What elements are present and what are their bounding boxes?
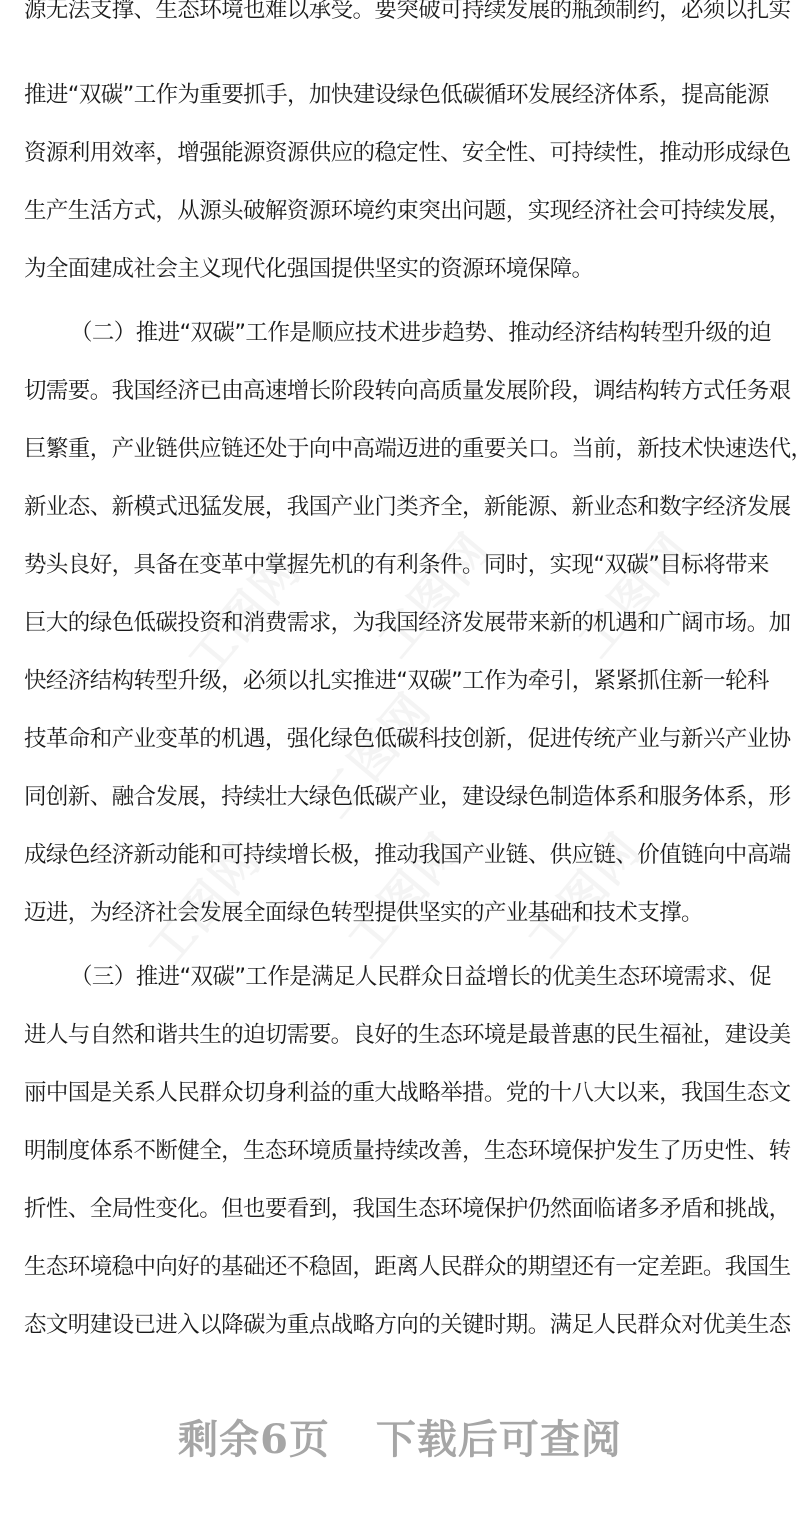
text-line: 迈进，为经济社会发展全面绿色转型提供坚实的产业基础和技术支撑。 bbox=[24, 898, 784, 928]
text-line: 快经济结构转型升级，必须以扎实推进“双碳”工作为牵引，紧紧抓住新一轮科 bbox=[24, 666, 784, 696]
remaining-pages-label: 剩余6页 bbox=[178, 1416, 330, 1463]
text-line: 巨繁重，产业链供应链还处于向中高端迈进的重要关口。当前，新技术快速迭代， bbox=[24, 434, 784, 464]
text-line: 丽中国是关系人民群众切身利益的重大战略举措。党的十八大以来，我国生态文 bbox=[24, 1078, 784, 1108]
text-line: 生产生活方式，从源头破解资源环境约束突出问题，实现经济社会可持续发展， bbox=[24, 196, 784, 226]
text-line: 为全面建成社会主义现代化强国提供坚实的资源环境保障。 bbox=[24, 254, 784, 284]
text-line: 势头良好，具备在变革中掌握先机的有利条件。同时，实现“双碳”目标将带来 bbox=[24, 550, 784, 580]
text-line: 新业态、新模式迅猛发展，我国产业门类齐全，新能源、新业态和数字经济发展 bbox=[24, 492, 784, 522]
text-line: 资源利用效率，增强能源资源供应的稳定性、安全性、可持续性，推动形成绿色 bbox=[24, 138, 784, 168]
text-line: 巨大的绿色低碳投资和消费需求，为我国经济发展带来新的机遇和广阔市场。加 bbox=[24, 608, 784, 638]
text-line: 成绿色经济新动能和可持续增长极，推动我国产业链、供应链、价值链向中高端 bbox=[24, 840, 784, 870]
text-line: 源无法支撑、生态环境也难以承受。要突破可持续发展的瓶颈制约，必须以扎实 bbox=[24, 0, 784, 25]
download-prompt-banner[interactable]: 剩余6页下载后可查阅 bbox=[0, 1408, 800, 1465]
document-page: 工图网 工图网 工图网 工图网 工图网 工图网 工图网 源无法支撑、生态环境也难… bbox=[0, 0, 800, 1515]
text-line: 同创新、融合发展，持续壮大绿色低碳产业，建设绿色制造体系和服务体系，形 bbox=[24, 782, 784, 812]
text-line: 技革命和产业变革的机遇，强化绿色低碳科技创新，促进传统产业与新兴产业协 bbox=[24, 724, 784, 754]
watermark: 工图网 bbox=[560, 517, 703, 670]
text-line: 推进“双碳”工作为重要抓手，加快建设绿色低碳循环发展经济体系，提高能源 bbox=[24, 80, 784, 110]
text-line: 切需要。我国经济已由高速增长阶段转向高质量发展阶段，调结构转方式任务艰 bbox=[24, 376, 784, 406]
download-to-view-label: 下载后可查阅 bbox=[376, 1416, 622, 1463]
section-heading-3: （三）推进“双碳”工作是满足人民群众日益增长的优美生态环境需求、促 bbox=[70, 962, 784, 992]
text-line: 明制度体系不断健全，生态环境质量持续改善，生态环境保护发生了历史性、转 bbox=[24, 1136, 784, 1166]
text-line: 生态环境稳中向好的基础还不稳固，距离人民群众的期望还有一定差距。我国生 bbox=[24, 1252, 784, 1282]
text-line: 折性、全局性变化。但也要看到，我国生态环境保护仍然面临诸多矛盾和挑战， bbox=[24, 1194, 784, 1224]
section-heading-2: （二）推进“双碳”工作是顺应技术进步趋势、推动经济结构转型升级的迫 bbox=[70, 318, 784, 348]
text-line: 态文明建设已进入以降碳为重点战略方向的关键时期。满足人民群众对优美生态 bbox=[24, 1310, 784, 1340]
watermark: 工图网 bbox=[360, 517, 503, 670]
text-line: 进人与自然和谐共生的迫切需要。良好的生态环境是最普惠的民生福祉，建设美 bbox=[24, 1020, 784, 1050]
